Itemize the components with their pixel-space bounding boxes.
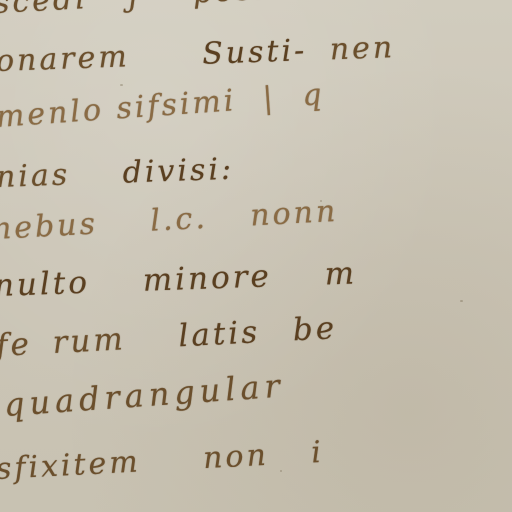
word: scedi (0, 0, 89, 21)
manuscript-line-8: quadrangular (3, 364, 314, 423)
word: Susti- (202, 33, 308, 72)
word: q (301, 77, 326, 113)
word: nulto (0, 265, 91, 304)
word: nonn (249, 194, 339, 234)
word: onarem (0, 39, 130, 79)
word: i (310, 435, 324, 471)
word: positis (192, 0, 314, 11)
word: divisi: (122, 152, 235, 191)
word: sifsimi (115, 83, 237, 126)
word: rum (52, 321, 127, 361)
word: be (292, 310, 338, 348)
word: nen (329, 30, 396, 67)
word: l.c. (149, 201, 208, 239)
manuscript-line-1: scedi j positis (0, 0, 342, 21)
manuscript-line-2: onarem Susti- nen (0, 29, 424, 79)
word: j (127, 0, 141, 14)
word: latis (178, 314, 261, 354)
word: minore (142, 258, 272, 298)
word: sfixitem (0, 444, 142, 487)
paper-speck (460, 300, 463, 302)
manuscript-line-9: sfixitem non i (0, 433, 353, 487)
word: m (324, 255, 358, 292)
word: fe (0, 326, 33, 364)
word: quadrangular (3, 366, 286, 424)
manuscript-line-7: fe rum latis be (0, 309, 366, 364)
word: non (202, 438, 269, 476)
manuscript-line-3: menlo sifsimi | q (0, 75, 354, 135)
word: nebus (0, 206, 99, 246)
word: menlo (0, 92, 105, 134)
word: nias (0, 157, 71, 195)
word: | (262, 80, 278, 116)
manuscript-page: scedi j positis onarem Susti- nen menlo … (0, 0, 512, 512)
manuscript-line-5: nebus l.c. nonn (0, 192, 367, 247)
manuscript-line-4: nias divisi: (0, 151, 263, 195)
paper-speck (120, 84, 123, 86)
manuscript-line-6: nulto minore m (0, 254, 386, 304)
